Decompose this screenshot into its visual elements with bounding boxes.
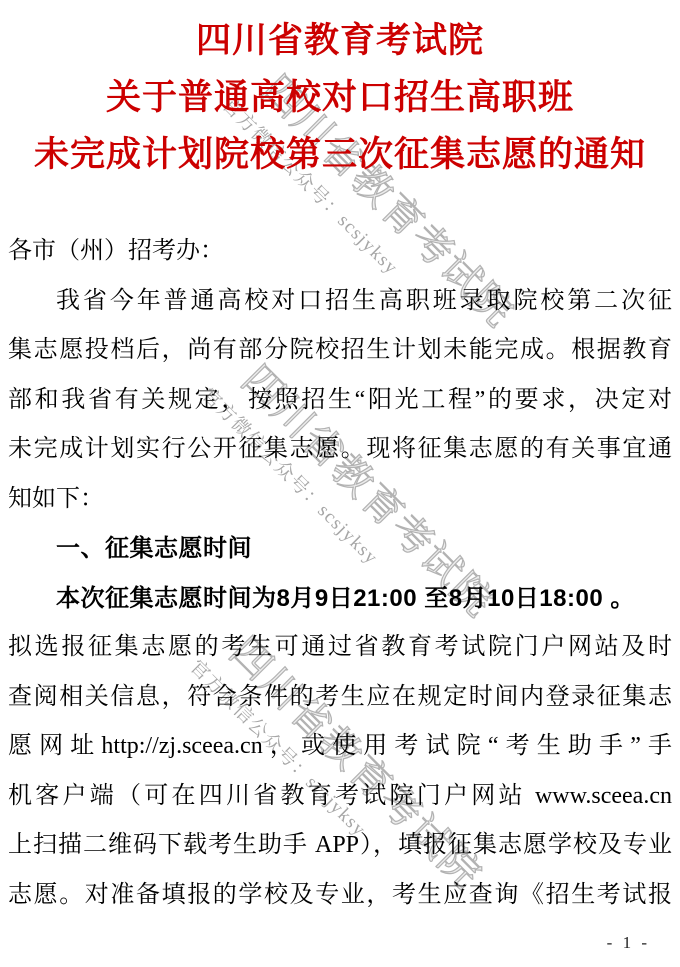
paragraph-line: 上扫描二维码下载考生助手 APP），填报征集志愿学校及专业 xyxy=(8,821,672,871)
paragraph-line: 知如下： xyxy=(8,475,672,525)
document-page: 四川省教育考试院 官方微信公众号：scsjyksy 四川省教育考试院 官方微信公… xyxy=(0,0,680,967)
salutation-line: 各市（州）招考办： xyxy=(8,227,672,277)
paragraph-line: 拟选报征集志愿的考生可通过省教育考试院门户网站及时 xyxy=(8,623,672,673)
paragraph-line: 志愿。对准备填报的学校及专业，考生应查询《招生考试报 xyxy=(8,871,672,921)
paragraph-line-with-url: 机客户端（可在四川省教育考试院门户网站 www.sceea.cn xyxy=(8,772,672,822)
title-line-issuer: 四川省教育考试院 xyxy=(0,12,680,69)
document-title: 四川省教育考试院 关于普通高校对口招生高职班 未完成计划院校第三次征集志愿的通知 xyxy=(0,0,680,183)
paragraph-line: 部和我省有关规定，按照招生“阳光工程”的要求，决定对 xyxy=(8,376,672,426)
section-heading: 一、征集志愿时间 xyxy=(8,524,672,574)
paragraph-line: 我省今年普通高校对口招生高职班录取院校第二次征 xyxy=(8,277,672,327)
paragraph-line-with-url: 愿网址http://zj.sceea.cn，或使用考试院“考生助手”手 xyxy=(8,722,672,772)
paragraph-line: 未完成计划实行公开征集志愿。现将征集志愿的有关事宜通 xyxy=(8,425,672,475)
page-number: - 1 - xyxy=(607,933,650,953)
document-body: 各市（州）招考办： 我省今年普通高校对口招生高职班录取院校第二次征 集志愿投档后… xyxy=(0,227,680,920)
title-line-subject-1: 关于普通高校对口招生高职班 xyxy=(0,69,680,126)
paragraph-line: 查阅相关信息，符合条件的考生应在规定时间内登录征集志 xyxy=(8,673,672,723)
paragraph-line: 集志愿投档后，尚有部分院校招生计划未能完成。根据教育 xyxy=(8,326,672,376)
schedule-line: 本次征集志愿时间为8月9日21:00 至8月10日18:00 。 xyxy=(8,574,672,624)
title-line-subject-2: 未完成计划院校第三次征集志愿的通知 xyxy=(0,126,680,183)
